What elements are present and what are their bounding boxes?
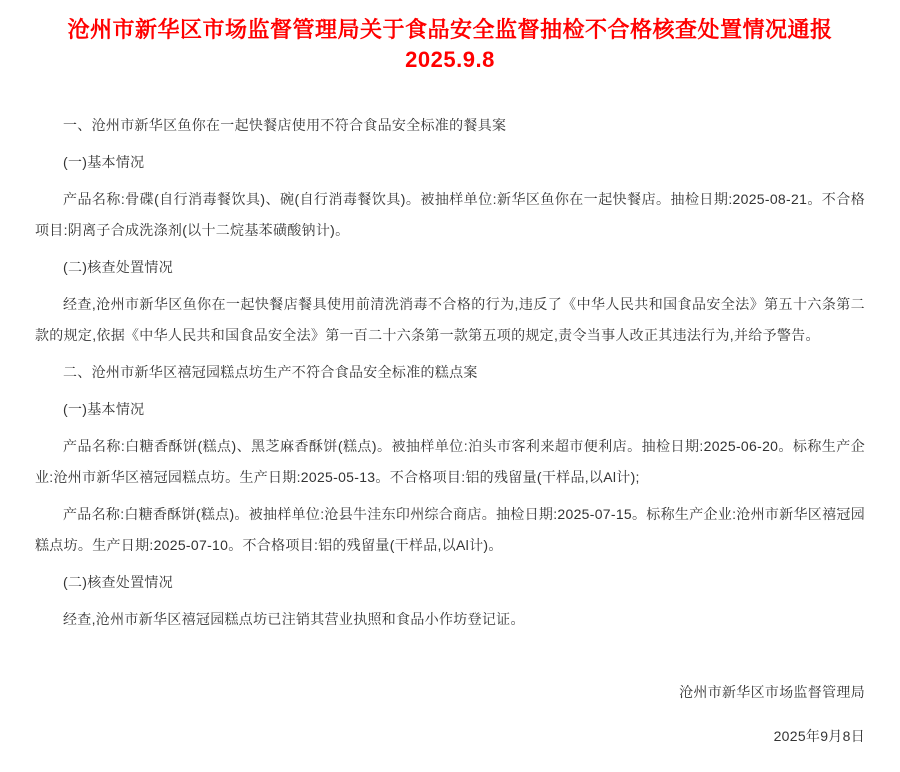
notice-title: 沧州市新华区市场监督管理局关于食品安全监督抽检不合格核查处置情况通报2025.9… xyxy=(35,15,865,75)
signature-block: 沧州市新华区市场监督管理局 2025年9月8日 xyxy=(35,677,865,752)
case-2-basic-info-label: (一)基本情况 xyxy=(35,394,865,425)
case-2-heading: 二、沧州市新华区禧冠园糕点坊生产不符合食品安全标准的糕点案 xyxy=(35,357,865,388)
case-1-basic-info-label: (一)基本情况 xyxy=(35,147,865,178)
case-1-disposal-label: (二)核查处置情况 xyxy=(35,252,865,283)
case-1: 一、沧州市新华区鱼你在一起快餐店使用不符合食品安全标准的餐具案 (一)基本情况 … xyxy=(35,110,865,351)
page: { "title": "沧州市新华区市场监督管理局关于食品安全监督抽检不合格核查… xyxy=(0,15,900,772)
case-1-heading: 一、沧州市新华区鱼你在一起快餐店使用不符合食品安全标准的餐具案 xyxy=(35,110,865,141)
case-2-disposal-label: (二)核查处置情况 xyxy=(35,567,865,598)
case-2-disposal-paragraph: 经查,沧州市新华区禧冠园糕点坊已注销其营业执照和食品小作坊登记证。 xyxy=(35,604,865,635)
case-2: 二、沧州市新华区禧冠园糕点坊生产不符合食品安全标准的糕点案 (一)基本情况 产品… xyxy=(35,357,865,635)
case-2-basic-info-paragraph-1: 产品名称:白糖香酥饼(糕点)、黑芝麻香酥饼(糕点)。被抽样单位:泊头市客利来超市… xyxy=(35,431,865,493)
case-1-basic-info-paragraph: 产品名称:骨碟(自行消毒餐饮具)、碗(自行消毒餐饮具)。被抽样单位:新华区鱼你在… xyxy=(35,184,865,246)
case-2-basic-info-paragraph-2: 产品名称:白糖香酥饼(糕点)。被抽样单位:沧县牛洼东印州综合商店。抽检日期:20… xyxy=(35,499,865,561)
signature-date: 2025年9月8日 xyxy=(35,721,865,752)
case-1-disposal-paragraph: 经查,沧州市新华区鱼你在一起快餐店餐具使用前清洗消毒不合格的行为,违反了《中华人… xyxy=(35,289,865,351)
signature-issuer: 沧州市新华区市场监督管理局 xyxy=(35,677,865,708)
notice-article: 沧州市新华区市场监督管理局关于食品安全监督抽检不合格核查处置情况通报2025.9… xyxy=(0,15,900,772)
